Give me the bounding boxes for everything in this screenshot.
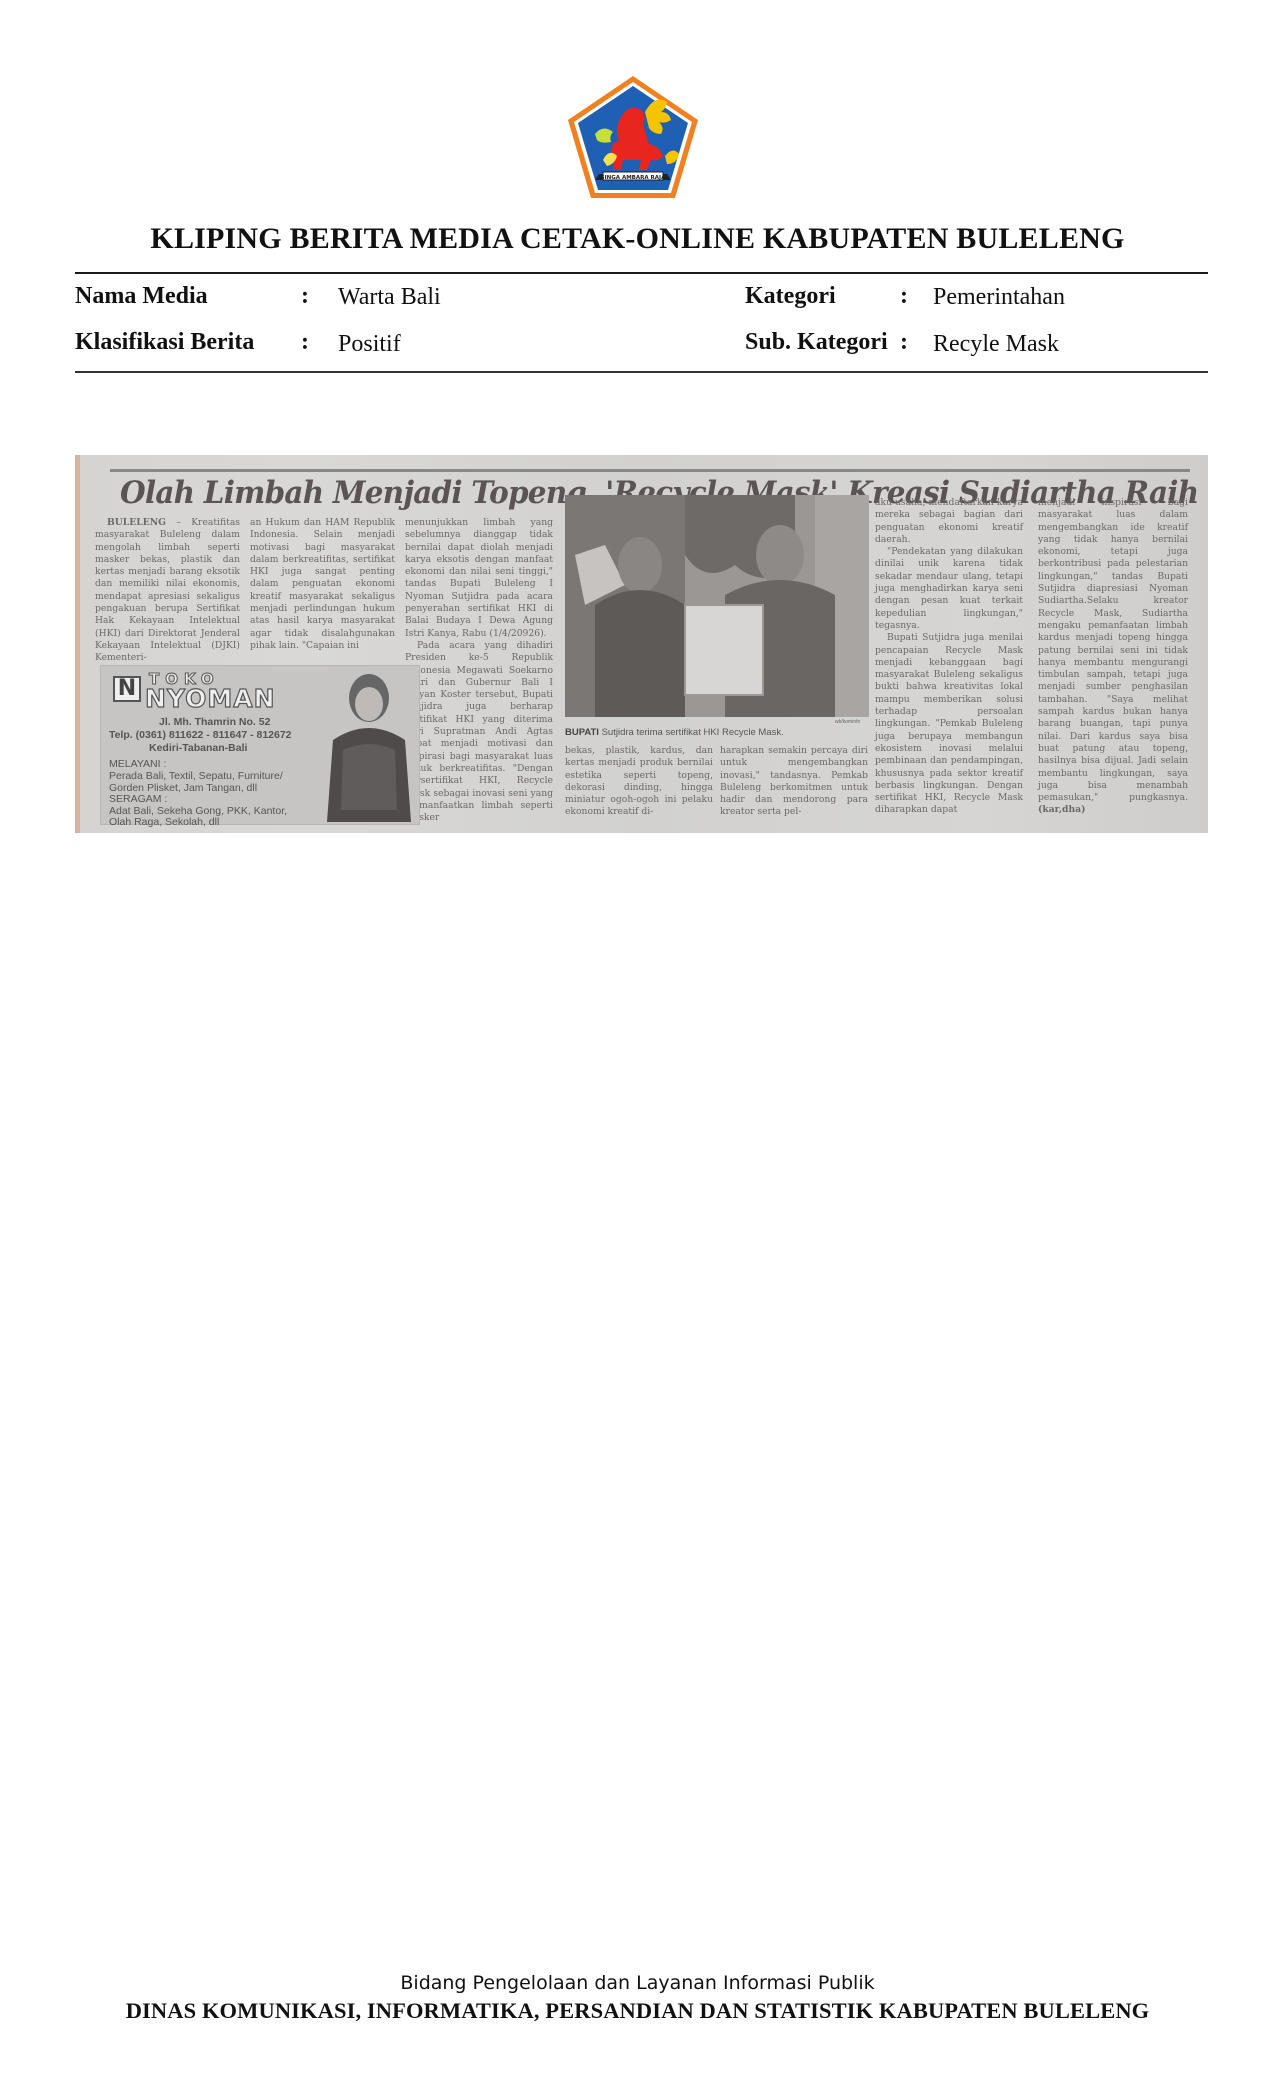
ad-brand-name: NYOMAN xyxy=(145,684,276,713)
photo-caption: BUPATI Sutjidra terima sertifikat HKI Re… xyxy=(565,727,784,738)
clipping-rule xyxy=(110,469,1190,472)
toko-nyoman-logo-icon: N xyxy=(113,676,141,702)
klasifikasi-berita-colon: : xyxy=(301,329,309,356)
ad-serve-label: MELAYANI : xyxy=(109,758,166,770)
article-photo xyxy=(565,495,869,717)
page-title: KLIPING BERITA MEDIA CETAK-ONLINE KABUPA… xyxy=(0,222,1275,256)
article-column-4: bekas, plastik, kardus, dan kertas menja… xyxy=(565,745,713,819)
article-column-7: menjadi inspirasi bagi masyarakat luas d… xyxy=(1038,497,1188,817)
footer-organization: DINAS KOMUNIKASI, INFORMATIKA, PERSANDIA… xyxy=(0,1998,1275,2024)
metadata-divider xyxy=(75,371,1208,373)
toko-nyoman-advertisement: N TOKO NYOMAN Jl. Mh. Thamrin No. 52 Tel… xyxy=(100,665,420,825)
article-byline: (kar,dha) xyxy=(1038,804,1085,815)
ad-phone: Telp. (0361) 811622 - 811647 - 812672 xyxy=(109,729,292,741)
klasifikasi-berita-label: Klasifikasi Berita xyxy=(75,329,254,356)
ad-portrait-image xyxy=(323,670,415,822)
ad-city: Kediri-Tabanan-Bali xyxy=(149,742,247,754)
sub-kategori-colon: : xyxy=(900,329,908,356)
article-column-5: harapkan semakin percaya diri untuk meng… xyxy=(720,745,868,819)
svg-text:SINGA AMBARA RAJA: SINGA AMBARA RAJA xyxy=(601,175,666,181)
clipping-edge xyxy=(75,455,80,833)
ad-uniform-line-2: Olah Raga, Sekolah, dll xyxy=(109,816,219,828)
footer-subtitle: Bidang Pengelolaan dan Layanan Informasi… xyxy=(0,1972,1275,1994)
news-clipping: Olah Limbah Menjadi Topeng, 'Recycle Mas… xyxy=(75,455,1208,833)
photo-credit: wb/kominfo xyxy=(835,719,860,725)
ad-serve-line-1: Perada Bali, Textil, Sepatu, Furniture/ xyxy=(109,770,283,782)
kabupaten-buleleng-crest-icon: SINGA AMBARA RAJA xyxy=(565,74,701,200)
sub-kategori-value: Recyle Mask xyxy=(933,331,1059,358)
kategori-value: Pemerintahan xyxy=(933,284,1065,311)
ad-uniform-label: SERAGAM : xyxy=(109,793,167,805)
article-dateline: BULELENG xyxy=(107,517,166,528)
ad-address: Jl. Mh. Thamrin No. 52 xyxy=(159,716,270,728)
klasifikasi-berita-value: Positif xyxy=(338,331,401,358)
article-column-2: an Hukum dan HAM Republik Indonesia. Sel… xyxy=(250,517,395,652)
header-divider xyxy=(75,272,1208,274)
kategori-colon: : xyxy=(900,283,908,310)
nama-media-colon: : xyxy=(301,283,309,310)
sub-kategori-label: Sub. Kategori xyxy=(745,329,888,356)
kategori-label: Kategori xyxy=(745,283,836,310)
article-column-1: BULELENG – Kreatifitas masyarakat Bulele… xyxy=(95,517,240,665)
nama-media-label: Nama Media xyxy=(75,283,208,310)
article-column-3: menunjukkan limbah yang sebelumnya diang… xyxy=(405,517,553,824)
article-column-6: aku usaha, mendaftarkan karya mereka seb… xyxy=(875,497,1023,817)
nama-media-value: Warta Bali xyxy=(338,284,441,311)
